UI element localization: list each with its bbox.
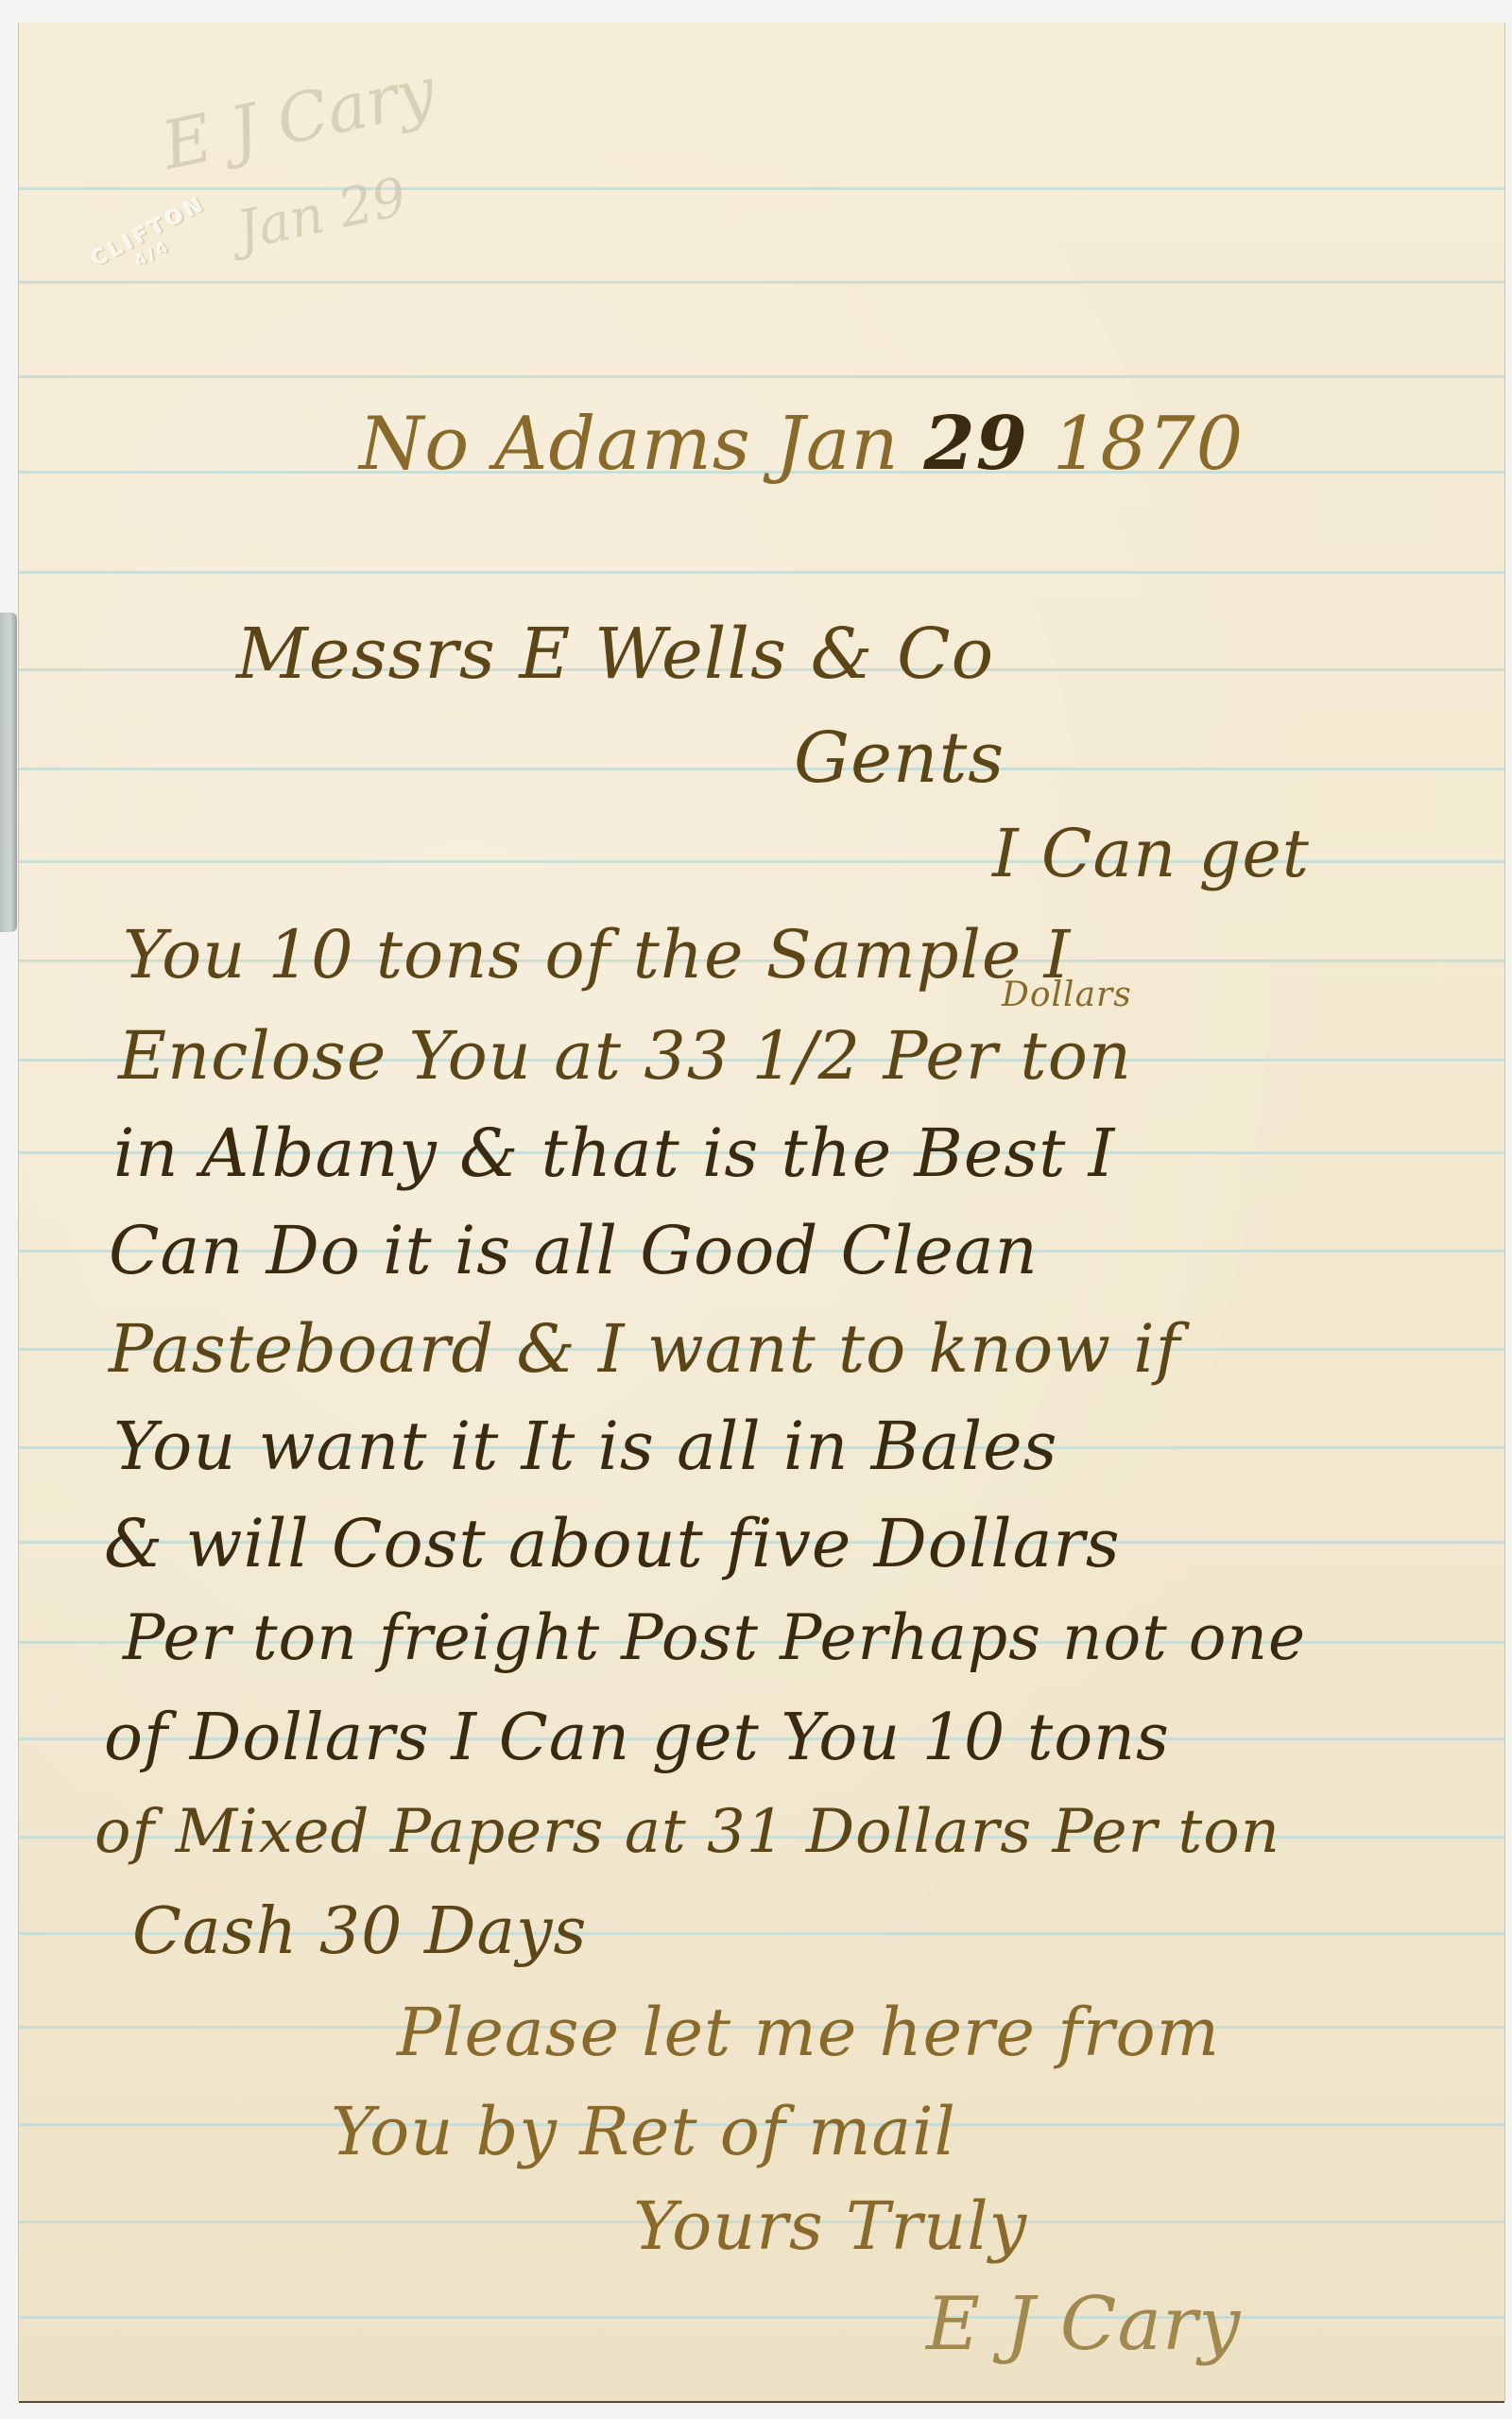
ruled-line [19,2316,1504,2319]
dateline-year: 1870 [1053,402,1245,487]
body-line: of Mixed Papers at 31 Dollars Per ton [94,1797,1280,1867]
body-line: of Dollars I Can get You 10 tons [104,1701,1170,1775]
ruled-line [19,187,1504,190]
ruled-line [19,375,1504,378]
ruled-line [19,768,1504,770]
body-line: You want it It is all in Bales [113,1408,1057,1485]
pencil-annotation-name: E J Cary [156,52,442,185]
body-line: I Can get [992,815,1310,892]
folder-tab [0,613,17,932]
dateline-day: 29 [923,401,1028,487]
body-line: Pasteboard & I want to know if [109,1310,1181,1388]
closing-line: Yours Truly [633,2187,1027,2265]
dateline: No Adams Jan 29 1870 [359,401,1244,487]
closing-line: You by Ret of mail [331,2093,956,2170]
body-line: Can Do it is all Good Clean [109,1212,1039,1289]
body-insert: Dollars [1002,976,1132,1014]
body-line: Per ton freight Post Perhaps not one [123,1601,1306,1674]
ruled-line [19,571,1504,574]
dateline-month: Jan [776,402,900,487]
dateline-place: No Adams [359,402,751,487]
pencil-annotation-date: Jan 29 [232,166,412,262]
greeting: Gents [794,717,1005,799]
body-line: & will Cost about five Dollars [104,1505,1121,1582]
addressee: Messrs E Wells & Co [236,613,994,695]
body-line: Enclose You at 33 1/2 Per ton [118,1017,1132,1095]
signature: E J Cary [926,2282,1241,2367]
body-line: Cash 30 Days [132,1894,587,1969]
body-line: You 10 tons of the Sample I [123,916,1071,994]
body-line: in Albany & that is the Best I [113,1114,1115,1192]
letter-sheet: CLIFTON 4/4 E J Cary Jan 29 No Adams Jan… [19,23,1504,2401]
closing-line: Please let me here from [397,1994,1220,2071]
